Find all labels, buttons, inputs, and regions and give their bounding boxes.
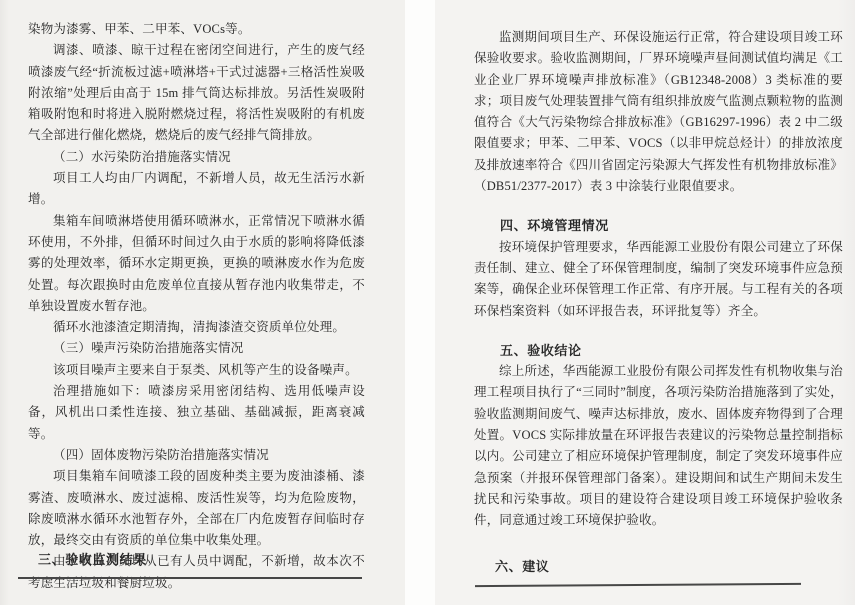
paragraph: 项目工人均由厂内调配，不新增人员，故无生活污水新增。 — [28, 168, 365, 211]
paragraph: 治理措施如下：喷漆房采用密闭结构、选用低噪声设备，风机出口柔性连接、独立基础、基… — [28, 381, 365, 445]
paragraph: （二）水污染防治措施落实情况 — [28, 147, 365, 168]
page-gutter — [405, 0, 435, 605]
page-right-body: 监测期间项目生产、环保设施运行正常，符合建设项目竣工环保验收要求。验收监测期间，… — [435, 0, 855, 605]
paragraph: 循环水池漆渣定期清掏，清掏漆渣交资质单位处理。 — [28, 317, 365, 338]
paragraph: （四）固体废物污染防治措施落实情况 — [28, 445, 365, 466]
paragraph: （三）噪声污染防治措施落实情况 — [28, 338, 365, 359]
page-left-footer: 三、验收监测结果 — [18, 549, 362, 579]
page-right: 监测期间项目生产、环保设施运行正常，符合建设项目竣工环保验收要求。验收监测期间，… — [435, 0, 855, 605]
section-heading: 四、环境管理情况 — [474, 215, 843, 236]
section-heading: 五、验收结论 — [474, 340, 843, 361]
paragraph: 染物为漆雾、甲苯、二甲苯、VOCs等。 — [28, 19, 365, 40]
document-spread: 染物为漆雾、甲苯、二甲苯、VOCs等。调漆、喷漆、晾干过程在密闭空间进行，产生的… — [0, 0, 855, 605]
page-left: 染物为漆雾、甲苯、二甲苯、VOCs等。调漆、喷漆、晾干过程在密闭空间进行，产生的… — [0, 0, 405, 605]
page-left-body: 染物为漆雾、甲苯、二甲苯、VOCs等。调漆、喷漆、晾干过程在密闭空间进行，产生的… — [0, 0, 405, 605]
paragraph: 综上所述，华西能源工业股份有限公司挥发性有机物收集与治理工程项目执行了“三同时”… — [474, 361, 843, 531]
page-right-footer: 六、建议 — [475, 556, 801, 586]
paragraph: 按环境保护管理要求，华西能源工业股份有限公司建立了环保责任制、建立、健全了环保管… — [474, 237, 843, 322]
horizontal-rule — [18, 577, 362, 579]
section-heading-suggestions: 六、建议 — [475, 556, 801, 577]
paragraph: 项目集箱车间喷漆工段的固废种类主要为废油漆桶、漆雾渣、废喷淋水、废过滤棉、废活性… — [28, 466, 365, 551]
paragraph: 集箱车间喷淋塔使用循环喷淋水，正常情况下喷淋水循环使用，不外排，但循环时间过久由… — [28, 211, 365, 317]
section-heading-monitoring-results: 三、验收监测结果 — [18, 549, 362, 570]
paragraph: 监测期间项目生产、环保设施运行正常，符合建设项目竣工环保验收要求。验收监测期间，… — [474, 27, 843, 197]
paragraph: 调漆、喷漆、晾干过程在密闭空间进行，产生的废气经喷漆废气经“折流板过滤+喷淋塔+… — [28, 40, 365, 146]
paragraph: 该项目噪声主要来自于泵类、风机等产生的设备噪声。 — [28, 360, 365, 381]
